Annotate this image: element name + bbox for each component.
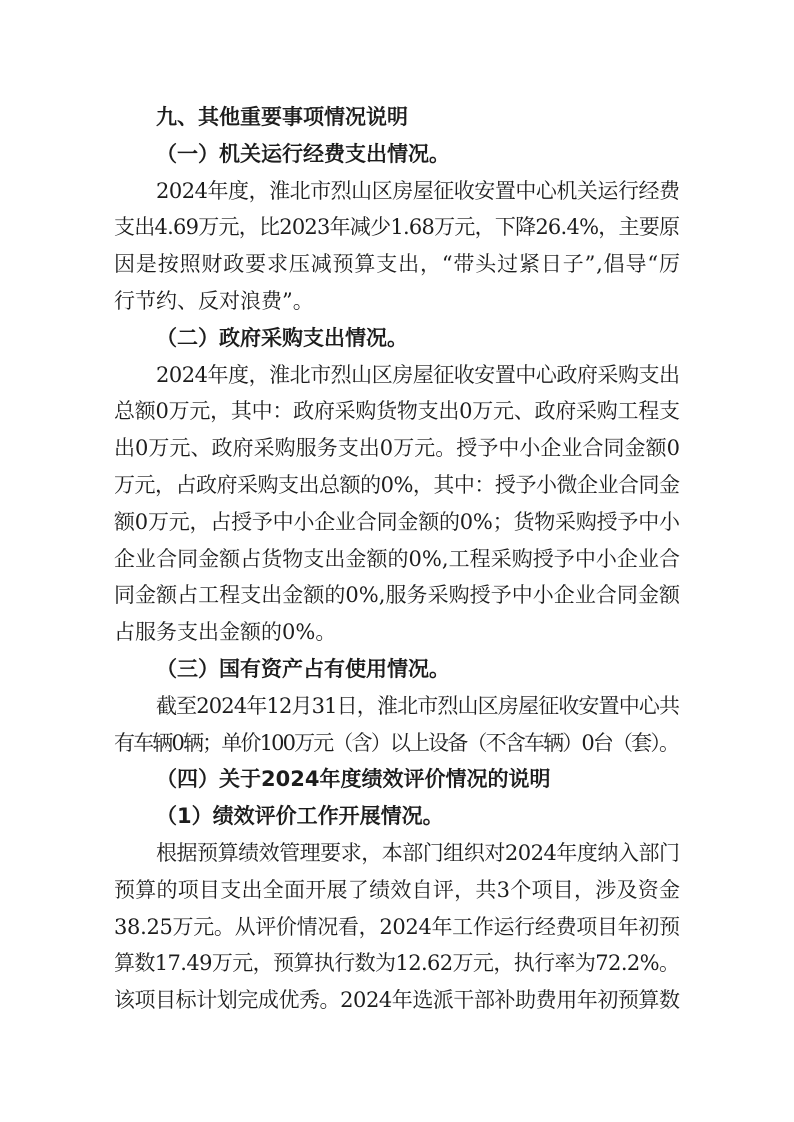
subsection-heading-operating-expenses: （一）机关运行经费支出情况。 — [114, 136, 680, 173]
line-text: 支出4.69万元，比2023年减少1.68万元，下降26.4%，主要原 — [114, 209, 679, 246]
line-text: 同金额占工程支出金额的0%,服务采购授予中小企业合同金额 — [114, 577, 680, 614]
subsection-heading-state-assets: （三）国有资产占有使用情况。 — [114, 651, 680, 688]
heading-text: 九、其他重要事项情况说明 — [156, 99, 408, 136]
paragraph-performance-evaluation: 根据预算绩效管理要求，本部门组织对2024年度纳入部门 预算的项目支出全面开展了… — [114, 835, 680, 1019]
paragraph-state-assets: 截至2024年12月31日，淮北市烈山区房屋征收安置中心共 有车辆0辆；单价10… — [114, 688, 680, 762]
subsection-heading-performance-evaluation: （四）关于2024年度绩效评价情况的说明 — [114, 761, 680, 798]
line-text: 算数17.49万元，预算执行数为12.62万元，执行率为72.2%。 — [114, 945, 679, 982]
text-line: 2024年度，淮北市烈山区房屋征收安置中心政府采购支出 — [114, 357, 680, 394]
heading-text: （二）政府采购支出情况。 — [156, 320, 408, 357]
text-line: 根据预算绩效管理要求，本部门组织对2024年度纳入部门 — [114, 835, 680, 872]
document-content: 九、其他重要事项情况说明 （一）机关运行经费支出情况。 2024年度，淮北市烈山… — [114, 99, 680, 1019]
subsection-heading-government-procurement: （二）政府采购支出情况。 — [114, 320, 680, 357]
line-text: 截至2024年12月31日，淮北市烈山区房屋征收安置中心共 — [156, 688, 679, 725]
line-text: 预算的项目支出全面开展了绩效自评，共3个项目，涉及资金 — [114, 872, 680, 909]
line-text: 38.25万元。从评价情况看，2024年工作运行经费项目年初预 — [114, 909, 680, 946]
line-text: 额0万元，占授予中小企业合同金额的0%；货物采购授予中小 — [114, 504, 680, 541]
text-line: 出0万元、政府采购服务支出0万元。授予中小企业合同金额0 — [114, 430, 680, 467]
line-text: 占服务支出金额的0%。 — [114, 614, 336, 651]
text-line: 行节约、反对浪费”。 — [114, 283, 680, 320]
text-line: 预算的项目支出全面开展了绩效自评，共3个项目，涉及资金 — [114, 872, 680, 909]
text-line: 万元，占政府采购支出总额的0%，其中：授予小微企业合同金 — [114, 467, 680, 504]
text-line: 企业合同金额占货物支出金额的0%,工程采购授予中小企业合 — [114, 541, 680, 578]
paragraph-government-procurement: 2024年度，淮北市烈山区房屋征收安置中心政府采购支出 总额0万元，其中：政府采… — [114, 357, 680, 651]
line-text: 2024年度，淮北市烈山区房屋征收安置中心政府采购支出 — [156, 357, 680, 394]
paragraph-operating-expenses: 2024年度，淮北市烈山区房屋征收安置中心机关运行经费 支出4.69万元，比20… — [114, 173, 680, 320]
heading-text: （一）机关运行经费支出情况。 — [156, 136, 450, 173]
line-text: 有车辆0辆；单价100万元（含）以上设备（不含车辆）0台（套）。 — [114, 725, 678, 762]
heading-text: （1）绩效评价工作开展情况。 — [156, 798, 444, 835]
text-line: 额0万元，占授予中小企业合同金额的0%；货物采购授予中小 — [114, 504, 680, 541]
subheading-performance-evaluation-work: （1）绩效评价工作开展情况。 — [114, 798, 680, 835]
line-text: 行节约、反对浪费”。 — [114, 283, 314, 320]
text-line: 因是按照财政要求压减预算支出，“带头过紧日子”,倡导“厉 — [114, 246, 680, 283]
line-text: 出0万元、政府采购服务支出0万元。授予中小企业合同金额0 — [114, 430, 680, 467]
line-text: 因是按照财政要求压减预算支出，“带头过紧日子”,倡导“厉 — [114, 246, 681, 283]
text-line: 38.25万元。从评价情况看，2024年工作运行经费项目年初预 — [114, 909, 680, 946]
line-text: 根据预算绩效管理要求，本部门组织对2024年度纳入部门 — [156, 835, 680, 872]
document-page: 九、其他重要事项情况说明 （一）机关运行经费支出情况。 2024年度，淮北市烈山… — [0, 0, 794, 1122]
line-text: 2024年度，淮北市烈山区房屋征收安置中心机关运行经费 — [156, 173, 680, 210]
line-text: 总额0万元，其中：政府采购货物支出0万元、政府采购工程支 — [114, 393, 680, 430]
text-line: 总额0万元，其中：政府采购货物支出0万元、政府采购工程支 — [114, 393, 680, 430]
text-line: 截至2024年12月31日，淮北市烈山区房屋征收安置中心共 — [114, 688, 680, 725]
heading-text: （三）国有资产占有使用情况。 — [156, 651, 450, 688]
heading-text: （四）关于2024年度绩效评价情况的说明 — [156, 761, 550, 798]
text-line: 算数17.49万元，预算执行数为12.62万元，执行率为72.2%。 — [114, 945, 680, 982]
line-text: 万元，占政府采购支出总额的0%，其中：授予小微企业合同金 — [114, 467, 680, 504]
line-text: 该项目标计划完成优秀。2024年选派干部补助费用年初预算数 — [114, 982, 680, 1019]
text-line: 占服务支出金额的0%。 — [114, 614, 680, 651]
text-line: 该项目标计划完成优秀。2024年选派干部补助费用年初预算数 — [114, 982, 680, 1019]
line-text: 企业合同金额占货物支出金额的0%,工程采购授予中小企业合 — [114, 541, 680, 578]
section-heading-other-matters: 九、其他重要事项情况说明 — [114, 99, 680, 136]
text-line: 有车辆0辆；单价100万元（含）以上设备（不含车辆）0台（套）。 — [114, 725, 680, 762]
text-line: 2024年度，淮北市烈山区房屋征收安置中心机关运行经费 — [114, 173, 680, 210]
text-line: 支出4.69万元，比2023年减少1.68万元，下降26.4%，主要原 — [114, 209, 680, 246]
text-line: 同金额占工程支出金额的0%,服务采购授予中小企业合同金额 — [114, 577, 680, 614]
